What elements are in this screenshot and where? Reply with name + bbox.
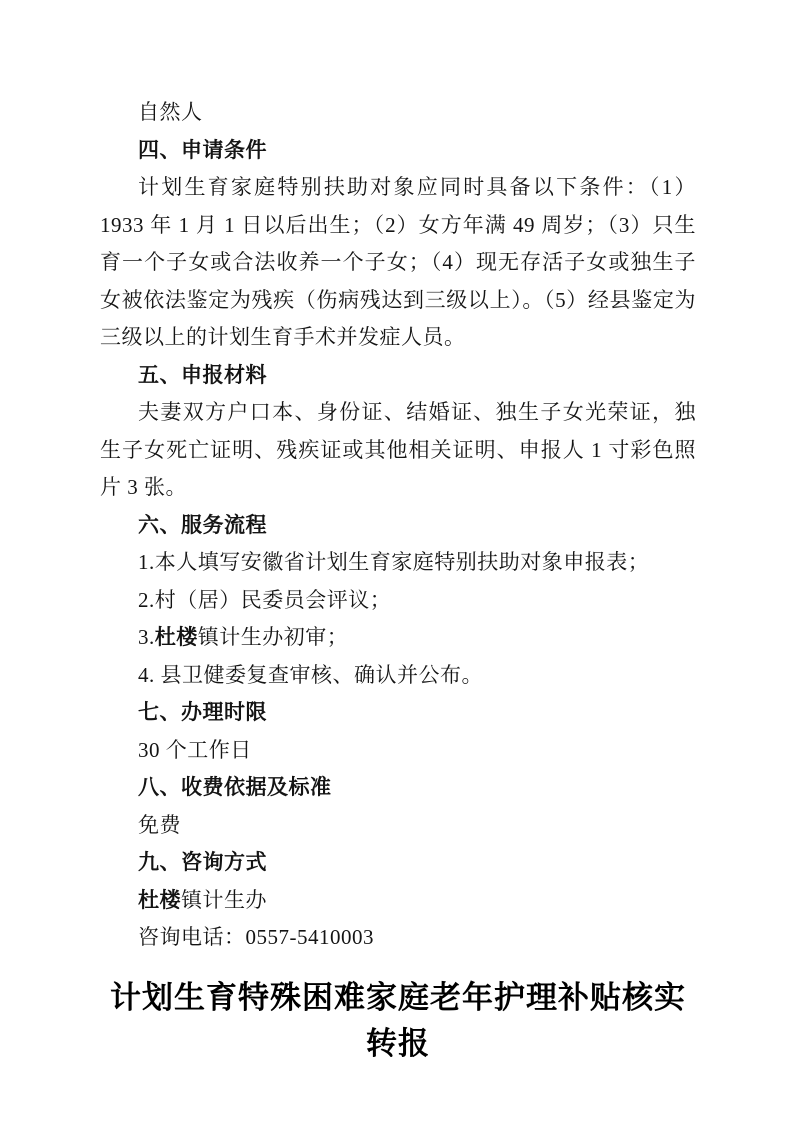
section-heading-contact-method: 九、咨询方式 (100, 844, 696, 882)
section-heading-application-conditions: 四、申请条件 (100, 132, 696, 170)
step-text: 村（居）民委员会评议； (155, 588, 392, 612)
town-name-bold: 杜楼 (155, 625, 198, 649)
section-heading-service-process: 六、服务流程 (100, 507, 696, 545)
processing-time-paragraph: 30 个工作日 (100, 732, 696, 770)
step-number: 1. (138, 550, 155, 574)
application-conditions-paragraph: 计划生育家庭特别扶助对象应同时具备以下条件：（1）1933 年 1 月 1 日以… (100, 169, 696, 357)
process-step-2: 2.村（居）民委员会评议； (100, 582, 696, 620)
step-text: 县卫健委复查审核、确认并公布。 (161, 663, 484, 687)
section-heading-required-materials: 五、申报材料 (100, 357, 696, 395)
step-text: 镇计生办初审； (198, 625, 349, 649)
fee-paragraph: 免费 (100, 807, 696, 845)
applicant-type-line: 自然人 (100, 94, 696, 132)
office-name: 镇计生办 (181, 888, 267, 912)
step-number: 2. (138, 588, 155, 612)
step-number: 4. (138, 663, 161, 687)
process-step-1: 1.本人填写安徽省计划生育家庭特别扶助对象申报表； (100, 544, 696, 582)
section-heading-processing-time: 七、办理时限 (100, 694, 696, 732)
document-page: 自然人 四、申请条件 计划生育家庭特别扶助对象应同时具备以下条件：（1）1933… (0, 0, 793, 1122)
process-step-3: 3.杜楼镇计生办初审； (100, 619, 696, 657)
process-step-4: 4. 县卫健委复查审核、确认并公布。 (100, 657, 696, 695)
section-heading-fee-standard: 八、收费依据及标准 (100, 769, 696, 807)
required-materials-paragraph: 夫妻双方户口本、身份证、结婚证、独生子女光荣证，独生子女死亡证明、残疾证或其他相… (100, 394, 696, 507)
contact-office-line: 杜楼镇计生办 (100, 882, 696, 920)
step-text: 本人填写安徽省计划生育家庭特别扶助对象申报表； (155, 550, 650, 574)
town-name-bold: 杜楼 (138, 888, 181, 912)
contact-phone-line: 咨询电话：0557-5410003 (100, 919, 696, 957)
step-number: 3. (138, 625, 155, 649)
next-section-title: 计划生育特殊困难家庭老年护理补贴核实转报 (100, 975, 696, 1067)
